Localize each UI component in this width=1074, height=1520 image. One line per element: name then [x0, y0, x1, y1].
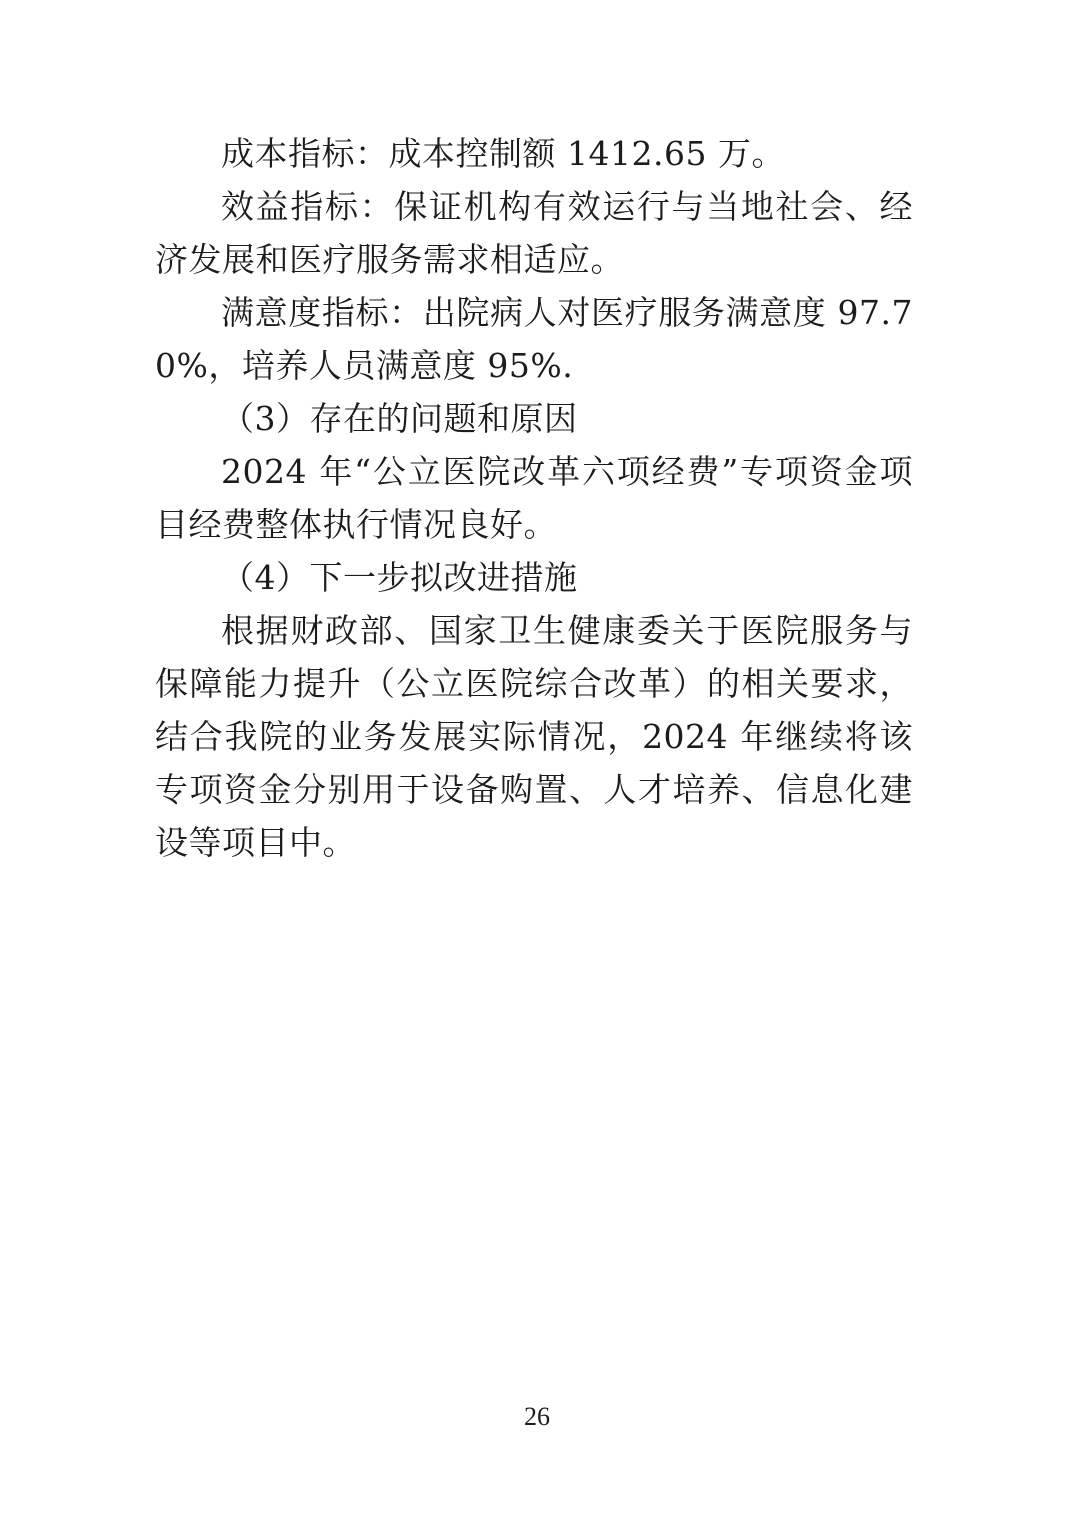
heading-problems-and-causes: （3）存在的问题和原因: [155, 392, 913, 445]
paragraph-cost-indicator: 成本指标：成本控制额 1412.65 万。: [155, 127, 913, 180]
paragraph-improvement-plan: 根据财政部、国家卫生健康委关于医院服务与保障能力提升（公立医院综合改革）的相关要…: [155, 604, 913, 869]
document-page: 成本指标：成本控制额 1412.65 万。 效益指标：保证机构有效运行与当地社会…: [0, 0, 1074, 1520]
paragraph-satisfaction-indicator: 满意度指标：出院病人对医疗服务满意度 97.70%，培养人员满意度 95%.: [155, 286, 913, 392]
paragraph-execution-status: 2024 年“公立医院改革六项经费”专项资金项目经费整体执行情况良好。: [155, 445, 913, 551]
page-number: 26: [524, 1402, 550, 1432]
document-body: 成本指标：成本控制额 1412.65 万。 效益指标：保证机构有效运行与当地社会…: [155, 127, 913, 869]
heading-next-step-measures: （4）下一步拟改进措施: [155, 551, 913, 604]
page-footer: 26: [0, 1402, 1074, 1432]
paragraph-benefit-indicator: 效益指标：保证机构有效运行与当地社会、经济发展和医疗服务需求相适应。: [155, 180, 913, 286]
